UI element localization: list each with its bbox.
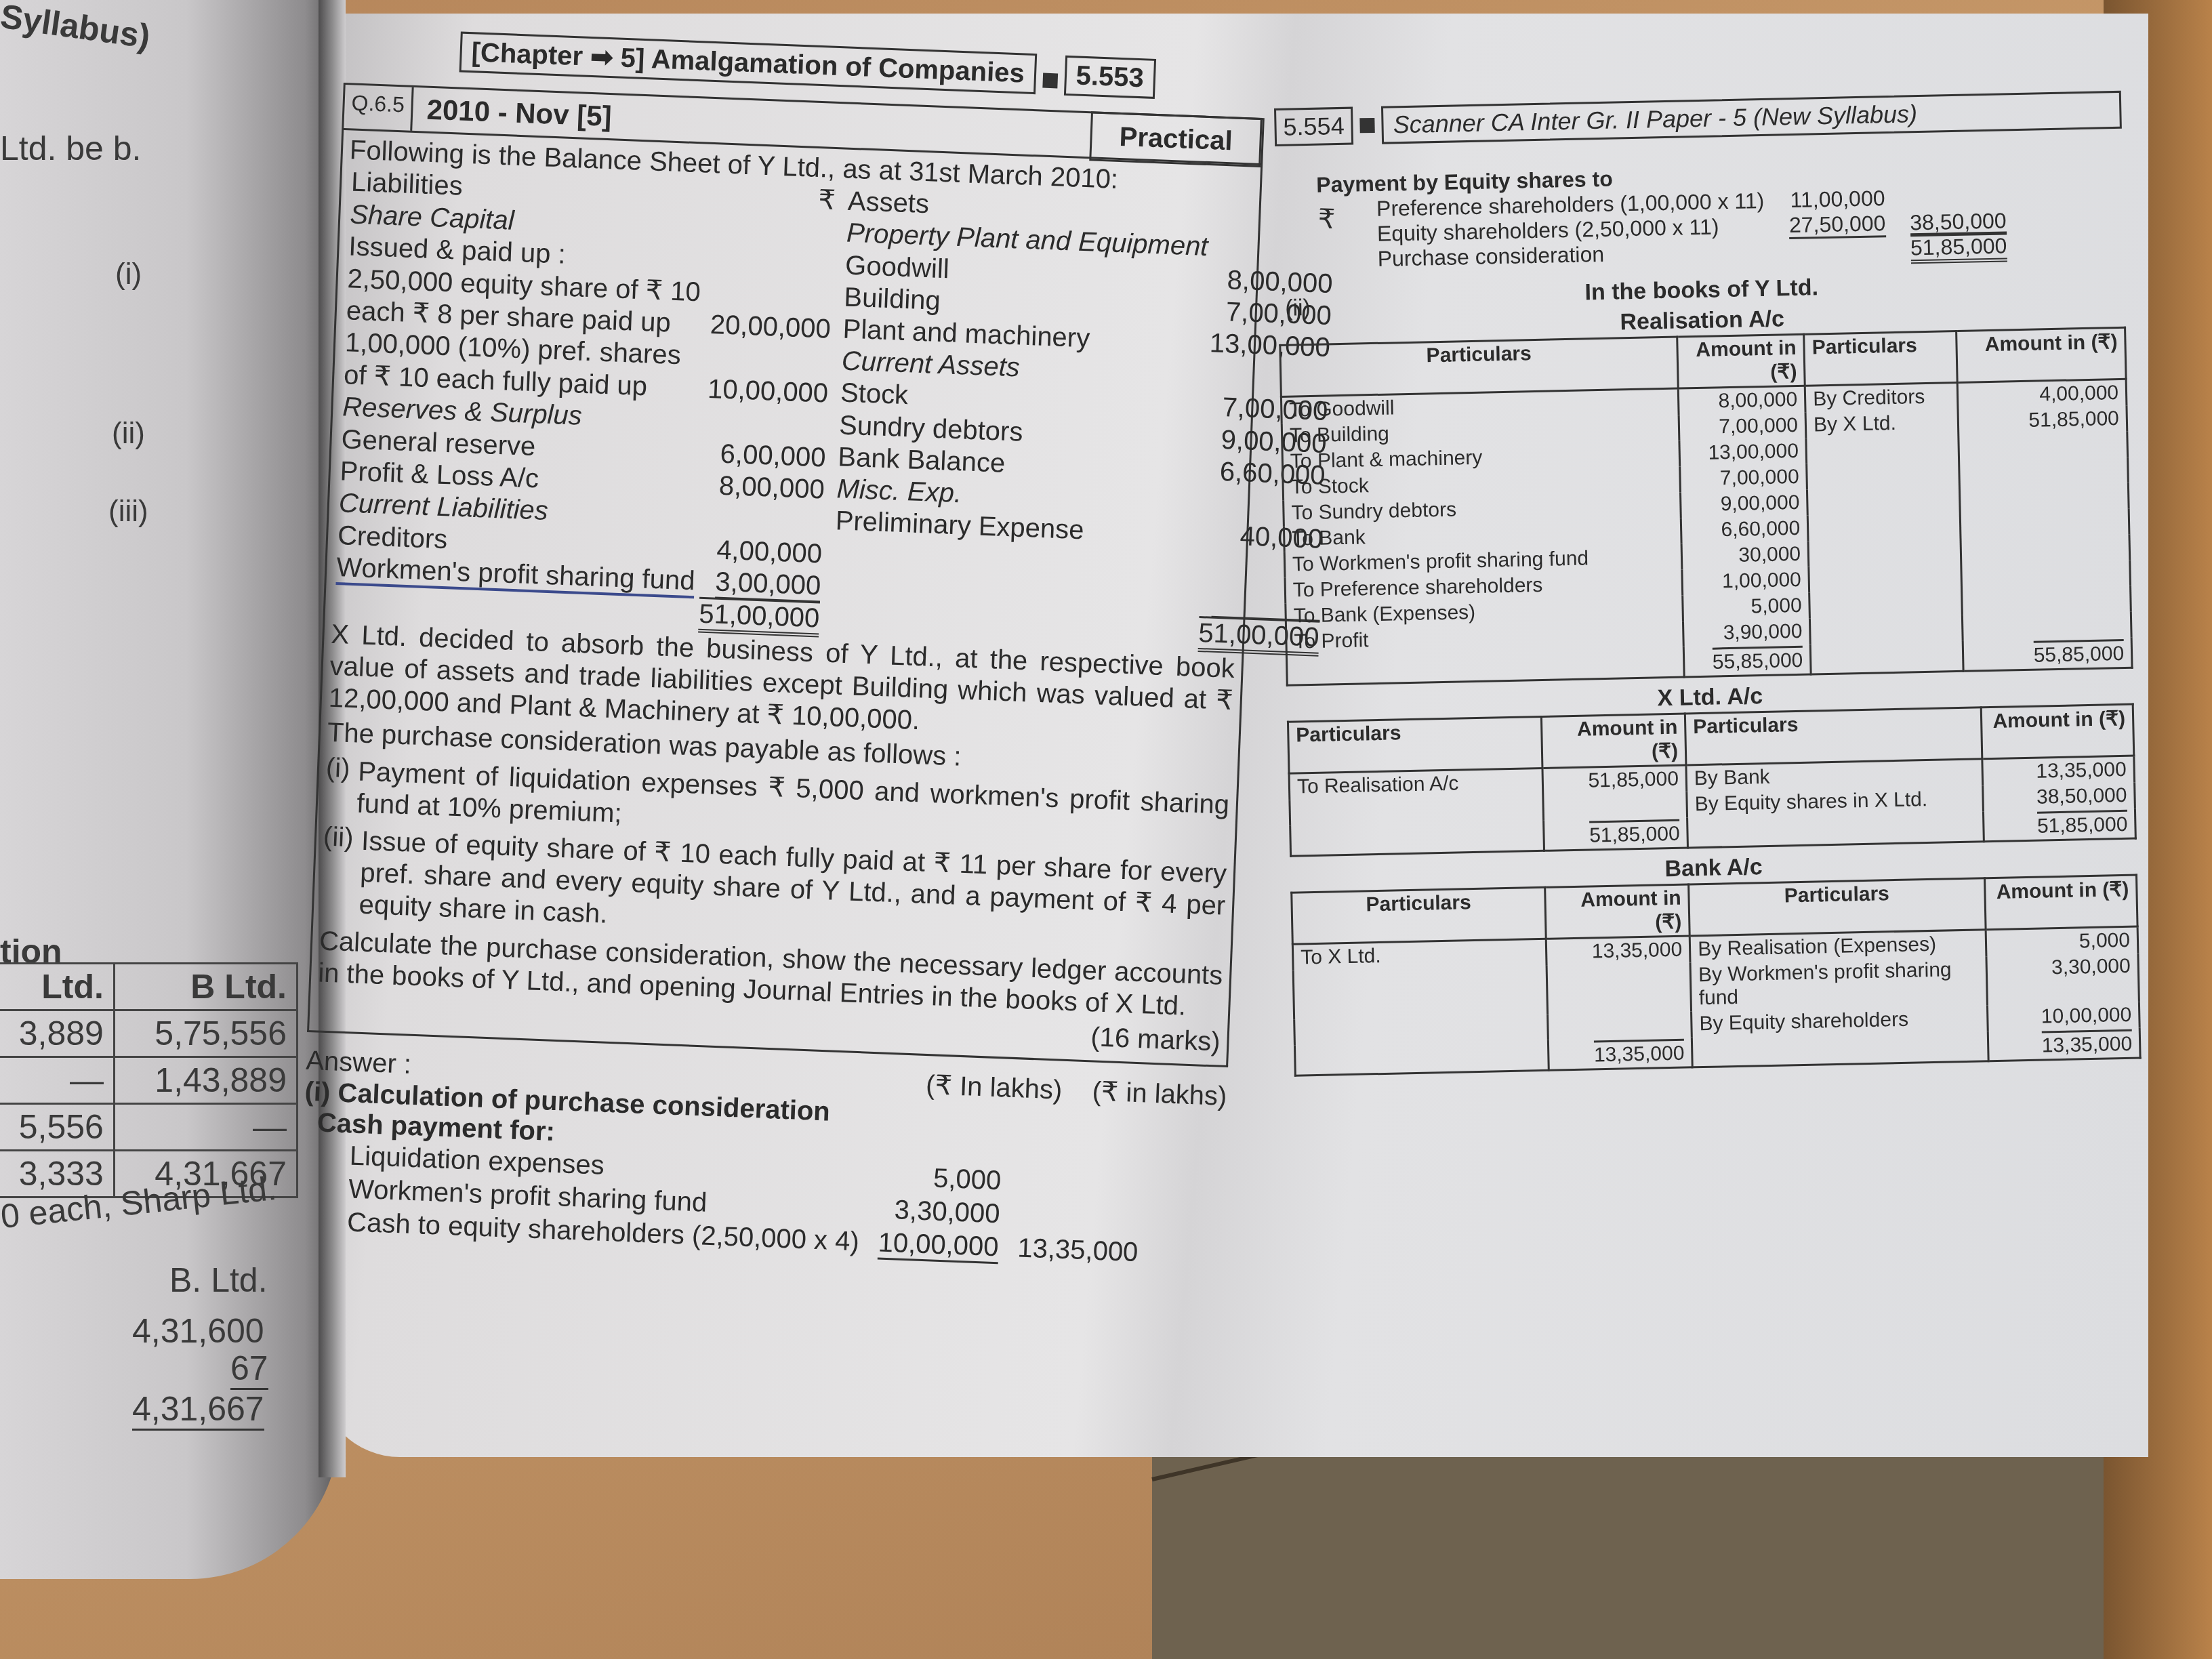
line-fragment: Ltd. be b. xyxy=(0,129,142,168)
payment-by-shares: Payment by Equity shares to Preference s… xyxy=(1316,156,2125,273)
section-marker: (ii) xyxy=(1285,295,1311,322)
page-number: 5.554 xyxy=(1274,107,1353,146)
balance-sheet: Liabilities₹ Share Capital Issued & paid… xyxy=(332,167,1252,651)
liabilities-table: Liabilities₹ Share Capital Issued & paid… xyxy=(332,167,839,635)
cash-total: 13,35,000 xyxy=(1008,1231,1149,1270)
answer-label: Answer : xyxy=(305,1046,411,1081)
realisation-account: Particulars Amount in (₹) Particulars Am… xyxy=(1279,327,2133,687)
square-bullet-icon xyxy=(1359,118,1374,133)
square-bullet-icon xyxy=(1042,73,1058,88)
left-partial-page: Syllabus) Ltd. be b. (i) (ii) (iii) tion… xyxy=(0,0,339,1579)
page-number: 5.553 xyxy=(1064,56,1156,99)
unit-header-2: (₹ in lakhs) xyxy=(1092,1077,1227,1112)
partial-table: Ltd. B Ltd. 3,8895,75,556 —1,43,889 5,55… xyxy=(0,962,298,1198)
lower-total: 4,31,667 xyxy=(132,1389,264,1431)
bank-account: Particulars Amount in (₹) Particulars Am… xyxy=(1290,874,2141,1077)
liabilities-total: 51,00,000 xyxy=(698,596,820,637)
marker-i: (i) xyxy=(115,258,142,291)
marker-ii: (ii) xyxy=(112,417,145,451)
page-5-553: [Chapter ➡ 5] Amalgamation of Companies5… xyxy=(299,27,1267,1273)
assets-table: Assets₹ Property Plant and Equipment Goo… xyxy=(828,186,1338,654)
practical-tag: Practical xyxy=(1089,111,1262,167)
lower-value-1: 4,31,600 xyxy=(132,1311,264,1351)
lower-header: B. Ltd. xyxy=(169,1261,268,1300)
header-fragment: Syllabus) xyxy=(0,0,152,56)
question-body: Practical Following is the Balance Sheet… xyxy=(307,130,1263,1067)
x-ltd-account: Particulars Amount in (₹) Particulars Am… xyxy=(1287,703,2137,857)
answer-section: Answer : (₹ In lakhs) (₹ in lakhs) (i) C… xyxy=(299,1046,1227,1273)
question-number: Q.6.5 xyxy=(344,85,414,131)
marker-iii: (iii) xyxy=(108,495,148,529)
unit-header-1: (₹ In lakhs) xyxy=(926,1070,1063,1105)
page-5-554: 5.554 Scanner CA Inter Gr. II Paper - 5 … xyxy=(1274,91,2142,1077)
lower-value-2: 67 xyxy=(230,1349,268,1390)
